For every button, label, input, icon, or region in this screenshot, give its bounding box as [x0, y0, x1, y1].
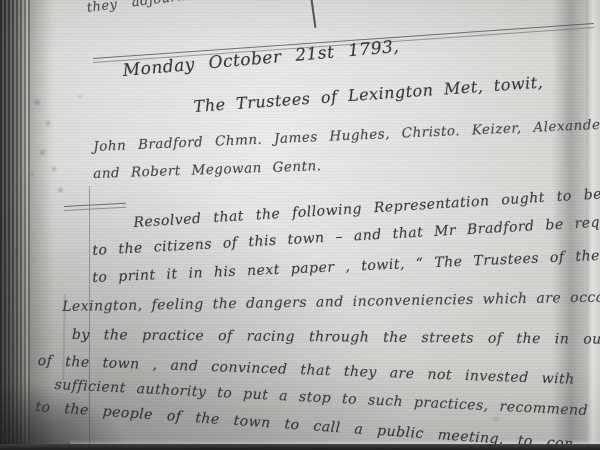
- meeting-heading: The Trustees of Lexington Met, towit,: [193, 73, 544, 116]
- ink-stain: [58, 188, 63, 192]
- ink-stroke: [310, 0, 316, 28]
- ink-stain: [46, 121, 50, 125]
- ink-stain: [52, 167, 56, 171]
- ink-stain: [78, 95, 82, 98]
- short-closing-rule: [64, 203, 126, 211]
- ink-stain: [40, 150, 45, 155]
- ink-stain: [34, 100, 40, 105]
- ink-stain: [493, 417, 498, 421]
- prior-entry-line: they adjourned till: [86, 0, 238, 16]
- ink-stain: [30, 173, 33, 176]
- attendees-line-2: and Robert Megowan Gentn.: [93, 158, 322, 182]
- attendees-line-1: John Bradford Chmn. James Hughes, Christ…: [93, 115, 600, 155]
- date-heading: Monday October 21st 1793,: [122, 37, 400, 81]
- manuscript-photo: they adjourned till Monday October 21st …: [0, 0, 600, 450]
- resolution-line: Lexington, feeling the dangers and incon…: [62, 289, 600, 315]
- resolution-line: by the practice of racing through the st…: [72, 327, 600, 348]
